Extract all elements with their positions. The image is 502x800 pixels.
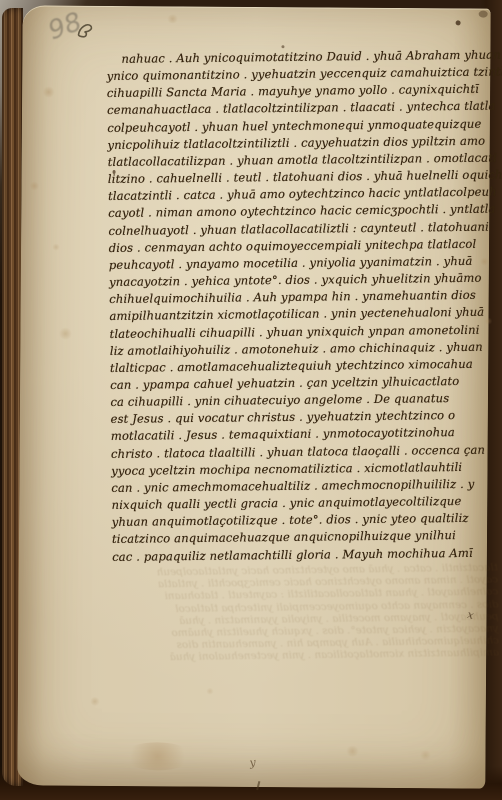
manuscript-page: 98 nahuac . Auh ynicoquimotatitzino Daui… (17, 5, 490, 788)
ink-fleck (456, 20, 461, 25)
bottom-pen-mark: y (249, 757, 257, 769)
verso-show-through: tlacatzintli . catca . yhuā amo oytechtz… (96, 562, 499, 665)
ink-fleck (479, 11, 488, 18)
foxing-stain (58, 328, 72, 340)
foxing-stain (29, 181, 39, 190)
foxing-stain (419, 750, 431, 760)
ink-fleck (281, 45, 284, 48)
foxing-stain (167, 14, 179, 23)
manuscript-text: nahuac . Auh ynicoquimotatitzino Dauid .… (106, 46, 502, 565)
foxing-stain (121, 742, 193, 771)
ink-blot-icon (74, 22, 98, 40)
foxing-stain (206, 688, 214, 695)
foxing-stain (345, 746, 359, 757)
foxing-stain (42, 87, 55, 98)
foxing-stain (52, 244, 60, 251)
manuscript-photo: 98 nahuac . Auh ynicoquimotatitzino Daui… (0, 0, 502, 800)
foxing-stain (90, 697, 100, 706)
